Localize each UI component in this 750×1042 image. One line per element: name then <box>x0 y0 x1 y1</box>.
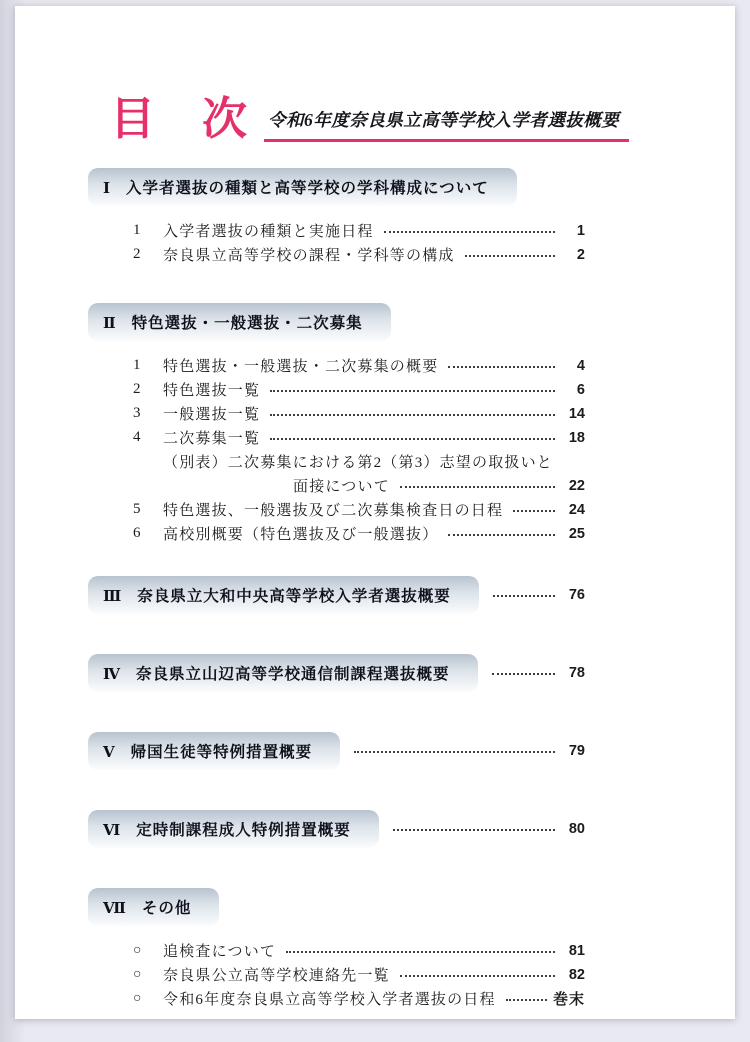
item-label: 令和6年度奈良県立高等学校入学者選抜の日程 <box>163 988 496 1009</box>
dot-leader <box>448 366 555 368</box>
section-7-numeral: Ⅶ <box>103 899 127 918</box>
item-number: 4 <box>133 429 163 446</box>
section-5-numeral: Ⅴ <box>103 743 116 762</box>
page-number: 18 <box>561 430 585 446</box>
item-label: 高校別概要（特色選抜及び一般選抜） <box>163 523 438 544</box>
item-number: 6 <box>133 525 163 542</box>
dot-leader <box>400 486 555 488</box>
toc-item: 5 特色選抜、一般選抜及び二次募集検査日の日程 24 <box>88 498 585 522</box>
item-number: 1 <box>133 357 163 374</box>
page-title: 目 次 <box>110 96 248 142</box>
dot-leader <box>448 534 555 536</box>
item-label: 特色選抜・一般選抜・二次募集の概要 <box>163 355 438 376</box>
item-label: 入学者選抜の種類と実施日程 <box>163 220 374 241</box>
section-1-heading: 入学者選抜の種類と高等学校の学科構成について <box>126 176 489 198</box>
section-4-heading-box: Ⅳ 奈良県立山辺高等学校通信制課程選抜概要 <box>88 654 478 692</box>
item-number: 5 <box>133 501 163 518</box>
circle-bullet-icon: ○ <box>133 991 163 1007</box>
page-number: 2 <box>561 247 585 263</box>
toc-item: 2 奈良県立高等学校の課程・学科等の構成 2 <box>88 243 585 267</box>
page-number-kanmatsu: 巻末 <box>553 988 585 1009</box>
dot-leader <box>465 255 555 257</box>
page-number: 79 <box>561 743 585 759</box>
section-5-heading: 帰国生徒等特例措置概要 <box>131 740 313 762</box>
page-number: 81 <box>561 943 585 959</box>
page-number: 78 <box>561 665 585 681</box>
section-5-heading-box: Ⅴ 帰国生徒等特例措置概要 <box>88 732 340 770</box>
toc-page: 目 次 令和6年度奈良県立高等学校入学者選抜概要 Ⅰ 入学者選抜の種類と高等学校… <box>15 6 735 1019</box>
section-6-numeral: Ⅵ <box>103 821 121 840</box>
section-4-numeral: Ⅳ <box>103 665 121 684</box>
section-1: Ⅰ 入学者選抜の種類と高等学校の学科構成について 1 入学者選抜の種類と実施日程… <box>88 168 585 267</box>
section-1-items: 1 入学者選抜の種類と実施日程 1 2 奈良県立高等学校の課程・学科等の構成 2 <box>88 219 585 267</box>
dot-leader <box>270 414 555 416</box>
section-1-heading-box: Ⅰ 入学者選抜の種類と高等学校の学科構成について <box>88 168 517 206</box>
circle-bullet-icon: ○ <box>133 943 163 959</box>
item-number: 3 <box>133 405 163 422</box>
section-6-heading: 定時制課程成人特例措置概要 <box>136 818 351 840</box>
document-photo-background: 目 次 令和6年度奈良県立高等学校入学者選抜概要 Ⅰ 入学者選抜の種類と高等学校… <box>0 0 750 1042</box>
toc-item: 1 入学者選抜の種類と実施日程 1 <box>88 219 585 243</box>
dot-leader <box>400 975 555 977</box>
page-header: 目 次 令和6年度奈良県立高等学校入学者選抜概要 <box>15 6 735 142</box>
dot-leader <box>270 438 555 440</box>
toc-item: 4 二次募集一覧 18 <box>88 426 585 450</box>
section-2: Ⅱ 特色選抜・一般選抜・二次募集 1 特色選抜・一般選抜・二次募集の概要 4 2… <box>88 303 585 546</box>
page-number: 14 <box>561 406 585 422</box>
page-number: 24 <box>561 502 585 518</box>
note-label-line2: 面接について <box>293 475 390 496</box>
item-number: 2 <box>133 246 163 263</box>
item-number: 2 <box>133 381 163 398</box>
toc-item: ○ 追検査について 81 <box>88 939 585 963</box>
section-1-numeral: Ⅰ <box>103 179 111 198</box>
section-7-heading: その他 <box>142 896 192 918</box>
table-of-contents: Ⅰ 入学者選抜の種類と高等学校の学科構成について 1 入学者選抜の種類と実施日程… <box>88 168 585 1011</box>
dot-leader <box>354 751 555 753</box>
section-2-items: 1 特色選抜・一般選抜・二次募集の概要 4 2 特色選抜一覧 6 3 一般選抜一… <box>88 354 585 546</box>
section-2-numeral: Ⅱ <box>103 314 117 333</box>
toc-note-line1: （別表）二次募集における第2（第3）志望の取扱いと <box>88 450 585 474</box>
item-label: 一般選抜一覧 <box>163 403 260 424</box>
dot-leader <box>492 673 555 675</box>
section-6-heading-box: Ⅵ 定時制課程成人特例措置概要 <box>88 810 379 848</box>
item-label: 追検査について <box>163 940 276 961</box>
item-label: 奈良県公立高等学校連絡先一覧 <box>163 964 390 985</box>
section-3-numeral: Ⅲ <box>103 587 122 606</box>
dot-leader <box>493 595 555 597</box>
toc-item: ○ 令和6年度奈良県立高等学校入学者選抜の日程 巻末 <box>88 987 585 1011</box>
section-3: Ⅲ 奈良県立大和中央高等学校入学者選抜概要 76 <box>88 576 585 614</box>
note-label-line1: （別表）二次募集における第2（第3）志望の取扱いと <box>163 451 553 472</box>
section-2-heading: 特色選抜・一般選抜・二次募集 <box>132 311 363 333</box>
section-7-heading-box: Ⅶ その他 <box>88 888 219 926</box>
toc-item: 6 高校別概要（特色選抜及び一般選抜） 25 <box>88 522 585 546</box>
circle-bullet-icon: ○ <box>133 967 163 983</box>
dot-leader <box>506 999 547 1001</box>
page-number: 80 <box>561 821 585 837</box>
item-label: 二次募集一覧 <box>163 427 260 448</box>
dot-leader <box>286 951 555 953</box>
page-number: 1 <box>561 223 585 239</box>
page-number: 22 <box>561 478 585 494</box>
item-label: 特色選抜、一般選抜及び二次募集検査日の日程 <box>163 499 503 520</box>
section-7-items: ○ 追検査について 81 ○ 奈良県公立高等学校連絡先一覧 82 ○ 令和6年度… <box>88 939 585 1011</box>
section-5: Ⅴ 帰国生徒等特例措置概要 79 <box>88 732 585 770</box>
dot-leader <box>384 231 555 233</box>
page-number: 76 <box>561 587 585 603</box>
dot-leader <box>513 510 555 512</box>
section-3-heading-box: Ⅲ 奈良県立大和中央高等学校入学者選抜概要 <box>88 576 479 614</box>
toc-item: 1 特色選抜・一般選抜・二次募集の概要 4 <box>88 354 585 378</box>
toc-note-line2: 面接について 22 <box>88 474 585 498</box>
page-number: 4 <box>561 358 585 374</box>
dot-leader <box>270 390 555 392</box>
section-7: Ⅶ その他 ○ 追検査について 81 ○ 奈良県公立高等学校連絡先一覧 82 <box>88 888 585 1011</box>
section-4-heading: 奈良県立山辺高等学校通信制課程選抜概要 <box>136 662 450 684</box>
toc-item: 2 特色選抜一覧 6 <box>88 378 585 402</box>
section-6: Ⅵ 定時制課程成人特例措置概要 80 <box>88 810 585 848</box>
toc-item: 3 一般選抜一覧 14 <box>88 402 585 426</box>
section-2-heading-box: Ⅱ 特色選抜・一般選抜・二次募集 <box>88 303 391 341</box>
section-4: Ⅳ 奈良県立山辺高等学校通信制課程選抜概要 78 <box>88 654 585 692</box>
page-number: 25 <box>561 526 585 542</box>
page-subtitle: 令和6年度奈良県立高等学校入学者選抜概要 <box>264 107 629 142</box>
page-number: 82 <box>561 967 585 983</box>
dot-leader <box>393 829 555 831</box>
item-label: 特色選抜一覧 <box>163 379 260 400</box>
section-3-heading: 奈良県立大和中央高等学校入学者選抜概要 <box>137 584 451 606</box>
page-number: 6 <box>561 382 585 398</box>
toc-item: ○ 奈良県公立高等学校連絡先一覧 82 <box>88 963 585 987</box>
item-number: 1 <box>133 222 163 239</box>
item-label: 奈良県立高等学校の課程・学科等の構成 <box>163 244 455 265</box>
